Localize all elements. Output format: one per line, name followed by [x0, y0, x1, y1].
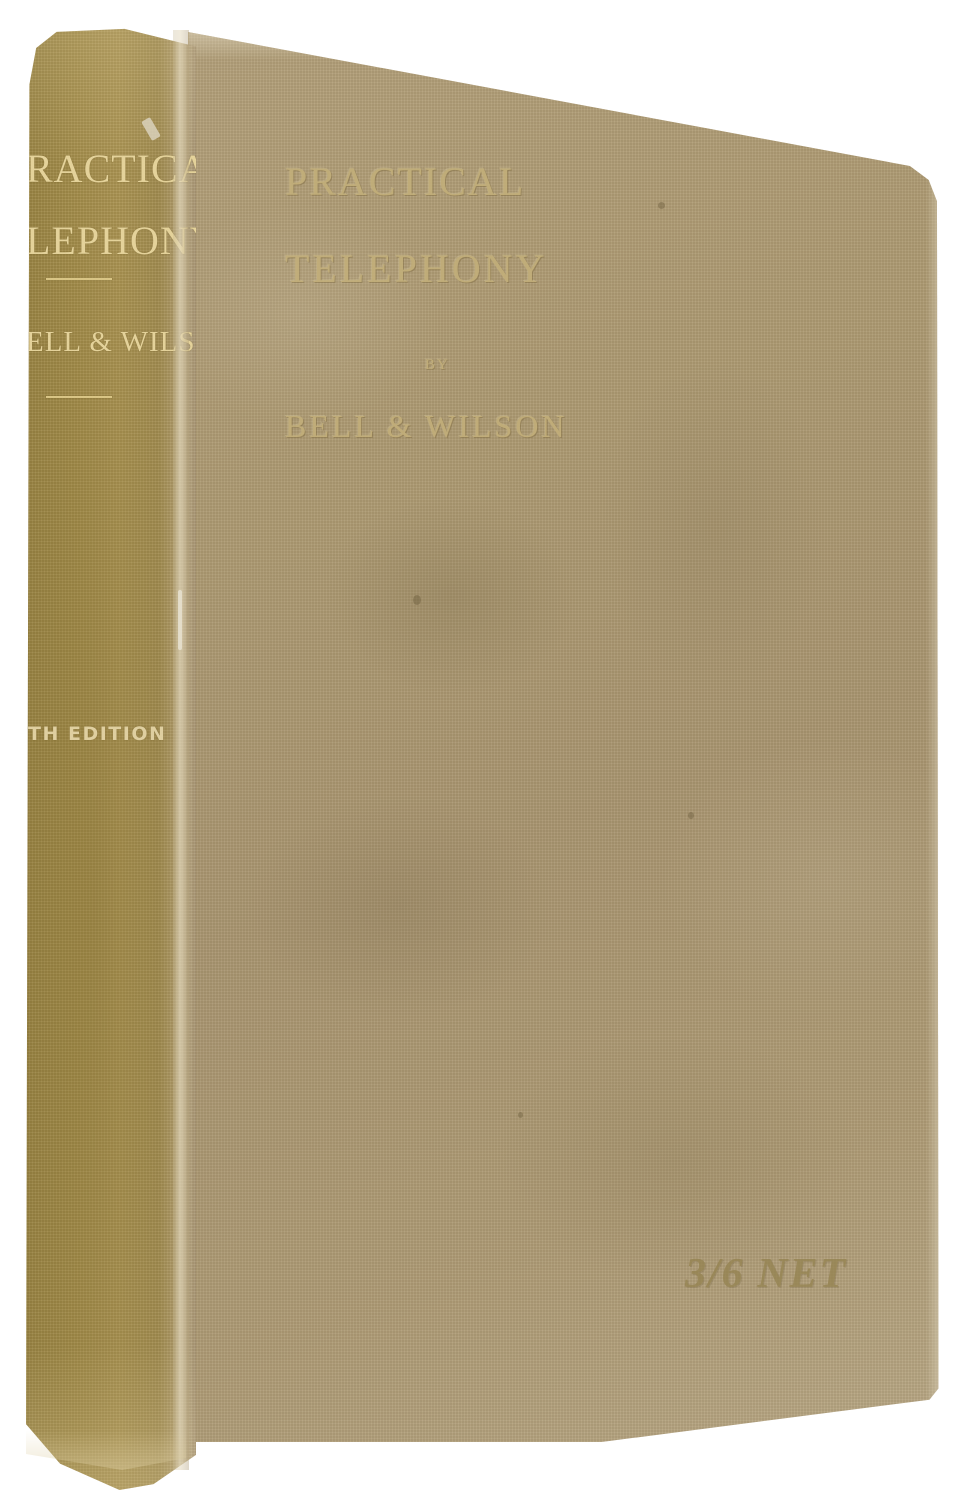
cover-right-edge-wear [926, 32, 940, 1442]
spine-authors: ELL & WILSON [26, 326, 196, 359]
cover-authors: BELL & WILSON [285, 408, 568, 445]
spine: RACTICAL LEPHONY ELL & WILSON TH EDITION [26, 26, 196, 1490]
cover-stain [658, 202, 665, 209]
spine-title-line-2: LEPHONY [26, 217, 196, 264]
spine-title-line-1: RACTICAL [26, 145, 196, 192]
price-stamp: 3/6 NET [685, 1250, 847, 1298]
spine-hinge [173, 30, 189, 1470]
cover-mottling [188, 32, 940, 1442]
spine-gilt-rule [46, 396, 112, 398]
cover-stain [413, 595, 421, 605]
spine-gilt-rule [46, 278, 112, 280]
hinge-scuff [178, 590, 182, 650]
cover-by-line: BY [425, 357, 450, 374]
cover-title-line-2: TELEPHONY [285, 245, 548, 292]
cover-stain [688, 812, 694, 819]
cover-title-line-1: PRACTICAL [285, 158, 525, 205]
book-photo: PRACTICAL TELEPHONY BY BELL & WILSON 3/6… [0, 0, 955, 1500]
cover-stain [518, 1112, 523, 1118]
cover-top-edge-wear [188, 32, 940, 60]
front-cover: PRACTICAL TELEPHONY BY BELL & WILSON 3/6… [188, 32, 940, 1442]
